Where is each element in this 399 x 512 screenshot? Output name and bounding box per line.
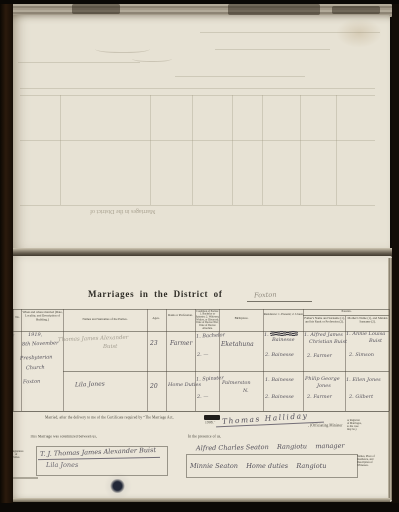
bride-mother-name: 1. Ellen Jones bbox=[346, 377, 381, 383]
ghost-rule bbox=[20, 205, 375, 206]
parties-margin-label-1: Signatures bbox=[12, 450, 23, 453]
groom-father-name: 1. Alfred James bbox=[304, 332, 343, 338]
ghost-column-line bbox=[232, 95, 233, 205]
table-v-line bbox=[63, 309, 64, 411]
ghost-handwriting-mark bbox=[132, 55, 172, 62]
col-header-parents: Parents. bbox=[303, 310, 389, 314]
groom-residence-1: Bainesse bbox=[272, 337, 295, 343]
ghost-column-line bbox=[262, 95, 263, 205]
bride-age: 20 bbox=[150, 383, 158, 390]
table-v-line bbox=[263, 309, 264, 411]
entry-date: 8th November bbox=[22, 340, 59, 347]
ghost-column-line bbox=[336, 95, 337, 205]
minister-small-print-4: may be.) bbox=[347, 428, 356, 431]
bride-condition-2: 2. — bbox=[197, 394, 208, 400]
book-photo: Marriages in the District of Marriages i… bbox=[0, 0, 399, 512]
groom-mother-name: 1. Annie Louisa bbox=[346, 331, 385, 337]
bride-residence-1: 1. Bainesse bbox=[265, 377, 294, 383]
bride-birthplace: Palmerston bbox=[222, 380, 251, 386]
ghost-handwriting-mark bbox=[95, 44, 150, 53]
table-bottom-rule bbox=[13, 411, 389, 412]
crossed-out-text bbox=[270, 331, 298, 336]
col-header-when: When and where married (Date, Locality, … bbox=[21, 311, 63, 322]
col-header-ages: Ages. bbox=[147, 317, 166, 321]
bride-name: Lila Jones bbox=[75, 380, 105, 388]
bride-birthplace-2: N. bbox=[243, 388, 249, 394]
certificate-title: Marriages in the District of bbox=[88, 289, 223, 299]
page-bottom-edge bbox=[12, 498, 390, 502]
table-v-line bbox=[166, 309, 167, 411]
ghost-rule bbox=[20, 140, 375, 141]
bride-father-rank: 2. Farmer bbox=[307, 394, 332, 400]
col-header-names: Names and Surnames of the Parties. bbox=[63, 318, 147, 322]
ghost-column-line bbox=[60, 95, 61, 205]
col-header-father: Father's Name and Surname (1), and his R… bbox=[303, 317, 345, 324]
groom-father-rank: 2. Farmer bbox=[307, 353, 332, 359]
district-name-handwritten: Foxton bbox=[254, 291, 277, 300]
groom-mother-maiden: 2. Simson bbox=[349, 352, 374, 358]
ghost-column-line bbox=[150, 95, 151, 205]
witness-signature-2: Minnie Seaton Home duties Rangiotu bbox=[190, 462, 326, 470]
groom-residence-1-number: 1. bbox=[264, 332, 269, 338]
table-v-line bbox=[303, 309, 304, 411]
book-binding bbox=[0, 0, 13, 512]
col-header-mother: Mother's Name (1), and Maiden Surname (2… bbox=[345, 317, 389, 324]
entry-building-1: Presbyterian bbox=[20, 354, 53, 361]
table-v-line bbox=[147, 309, 148, 411]
ghost-rule bbox=[18, 62, 140, 63]
photo-edge-top bbox=[0, 0, 399, 4]
presence-label: In the presence of us, bbox=[188, 435, 221, 439]
ghost-rule bbox=[215, 49, 330, 50]
bride-residence-2: 2. Bainesse bbox=[265, 394, 294, 400]
ghost-mirrored-title: Marriages in the District of bbox=[90, 208, 155, 214]
faint-imprint bbox=[12, 477, 38, 479]
officiating-minister-label: , (Officiating Minister bbox=[308, 424, 343, 428]
party-signature-bride: Lila Jones bbox=[46, 461, 78, 469]
ghost-column-line bbox=[192, 95, 193, 205]
bride-rank: Home Duties bbox=[168, 382, 201, 388]
bride-father-name-2: Jones bbox=[317, 383, 331, 389]
solemnized-label: This Marriage was solemnized between us, bbox=[30, 435, 97, 439]
redacted-act-year bbox=[204, 415, 220, 420]
page-edge-smudge bbox=[72, 4, 120, 14]
ghost-rule bbox=[175, 76, 305, 77]
entry-locality: Foxton bbox=[23, 379, 40, 386]
bride-mother-maiden: 2. Gilbert bbox=[349, 394, 373, 400]
district-underline bbox=[247, 301, 312, 302]
act-year: 1908.” bbox=[205, 421, 215, 425]
ghost-rule bbox=[20, 88, 375, 89]
groom-mother-name-2: Buist bbox=[369, 338, 382, 344]
ghost-rule bbox=[20, 95, 375, 96]
col-header-no: No. bbox=[13, 316, 21, 320]
groom-condition-2: 2. — bbox=[197, 352, 208, 358]
groom-birthplace: Eketahuna bbox=[221, 341, 254, 348]
page-edge-smudge bbox=[228, 4, 320, 15]
col-header-residence: Residence: 1. Present; 2. Usual. bbox=[263, 313, 303, 317]
groom-age: 23 bbox=[150, 340, 158, 347]
parties-margin-label-3: Parties. bbox=[12, 456, 20, 459]
groom-residence-2: 2. Bainesse bbox=[265, 352, 294, 358]
table-v-line bbox=[389, 309, 390, 411]
top-page-reverse-blank bbox=[12, 15, 390, 250]
paper-stain bbox=[336, 18, 382, 48]
entry-year: 1919, bbox=[28, 332, 42, 338]
groom-rank: Farmer bbox=[170, 340, 192, 347]
photo-edge-right bbox=[392, 0, 399, 512]
page-edge-smudge bbox=[332, 6, 380, 14]
groom-name-line2: Buist bbox=[103, 344, 117, 350]
married-after-text: Married, after the delivery to me of the… bbox=[45, 416, 174, 420]
witness-margin-label-4: Witnesses. bbox=[357, 464, 369, 467]
entry-building-2: Church bbox=[26, 365, 45, 372]
col-header-rank: Rank or Profession. bbox=[166, 314, 196, 318]
ghost-rule bbox=[200, 32, 380, 33]
col-header-birthplace: Birthplace. bbox=[219, 317, 263, 321]
table-v-line bbox=[13, 309, 14, 411]
photo-edge-bottom bbox=[0, 503, 399, 512]
parents-divider-rule bbox=[303, 315, 389, 316]
col-header-condition: Condition of Parties: 1. Bachelor or Spi… bbox=[195, 310, 219, 330]
ink-blot bbox=[110, 479, 125, 493]
ghost-column-line bbox=[300, 95, 301, 205]
row-divider-rule bbox=[63, 371, 389, 372]
bride-father-name: Philip George bbox=[305, 376, 340, 382]
groom-father-name-2: Christian Buist bbox=[309, 339, 347, 345]
